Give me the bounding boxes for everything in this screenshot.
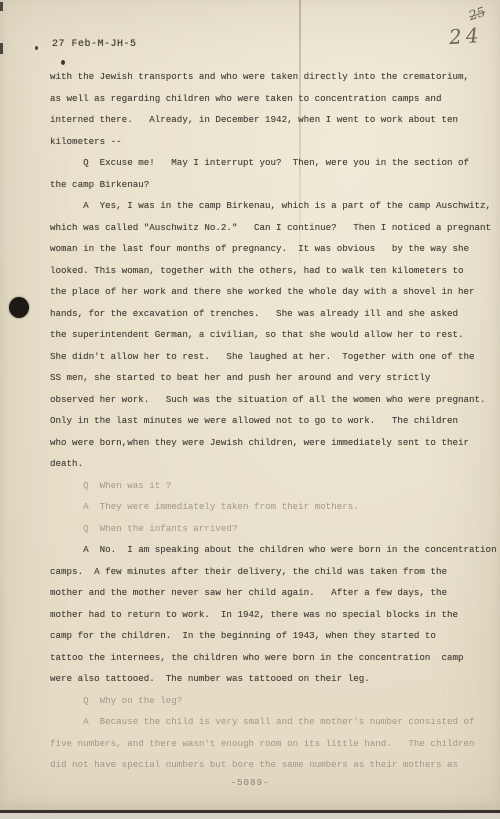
hole-punch-mark	[9, 297, 29, 318]
page-number: -5089-	[0, 777, 500, 788]
handwritten-struck-number: 25	[468, 5, 488, 24]
scanner-background-strip	[0, 813, 500, 819]
text-line: death.	[50, 453, 498, 475]
scan-edge-mark	[0, 2, 3, 11]
text-line: A No. I am speaking about the children w…	[50, 539, 498, 561]
text-line: observed her work. Such was the situatio…	[50, 389, 498, 411]
text-line: five numbers, and there wasn't enough ro…	[50, 733, 498, 755]
text-line: Q Excuse me! May I interrupt you? Then, …	[50, 152, 498, 174]
document-page: 25 24 27 Feb-M-JH-5 with the Jewish tran…	[0, 0, 500, 810]
document-body: with the Jewish transports and who were …	[50, 66, 498, 776]
stray-ink-dot	[61, 60, 65, 65]
stray-typed-period	[35, 46, 38, 50]
text-line: the place of her work and there she work…	[50, 281, 498, 303]
text-line: woman in the last four months of pregnan…	[50, 238, 498, 260]
text-line: the camp Birkenau?	[50, 174, 498, 196]
text-line: hands, for the excavation of trenches. S…	[50, 303, 498, 325]
text-line: camps. A few minutes after their deliver…	[50, 561, 498, 583]
text-line: kilometers --	[50, 131, 498, 153]
text-line: A Yes, I was in the camp Birkenau, which…	[50, 195, 498, 217]
text-line: tattoo the internees, the children who w…	[50, 647, 498, 669]
text-line: interned there. Already, in December 194…	[50, 109, 498, 131]
text-line: as well as regarding children who were t…	[50, 88, 498, 110]
document-header-docket: 27 Feb-M-JH-5	[52, 39, 137, 50]
text-line: which was called "Auschwitz No.2." Can I…	[50, 217, 498, 239]
scan-edge-mark	[0, 43, 3, 54]
text-line: She didn't allow her to rest. She laughe…	[50, 346, 498, 368]
text-line: SS men, she started to beat her and push…	[50, 367, 498, 389]
text-line: did not have special numbers but bore th…	[50, 754, 498, 776]
scanned-document-screenshot: { "header": { "docket": "27 Feb-M-JH-5" …	[0, 0, 500, 819]
handwritten-page-number: 24	[448, 23, 483, 49]
text-line: Q When was it ?	[50, 475, 498, 497]
text-line: A Because the child is very small and th…	[50, 711, 498, 733]
text-line: mother and the mother never saw her chil…	[50, 582, 498, 604]
text-line: who were born,when they were Jewish chil…	[50, 432, 498, 454]
text-line: mother had to return to work. In 1942, t…	[50, 604, 498, 626]
text-line: Only in the last minutes we were allowed…	[50, 410, 498, 432]
text-line: Q Why on the leg?	[50, 690, 498, 712]
text-line: with the Jewish transports and who were …	[50, 66, 498, 88]
text-line: camp for the children. In the beginning …	[50, 625, 498, 647]
text-line: the superintendent German, a civilian, s…	[50, 324, 498, 346]
text-line: were also tattooed. The number was tatto…	[50, 668, 498, 690]
text-line: Q When the infants arrived?	[50, 518, 498, 540]
text-line: looked. This woman, together with the ot…	[50, 260, 498, 282]
text-line: A They were immediately taken from their…	[50, 496, 498, 518]
